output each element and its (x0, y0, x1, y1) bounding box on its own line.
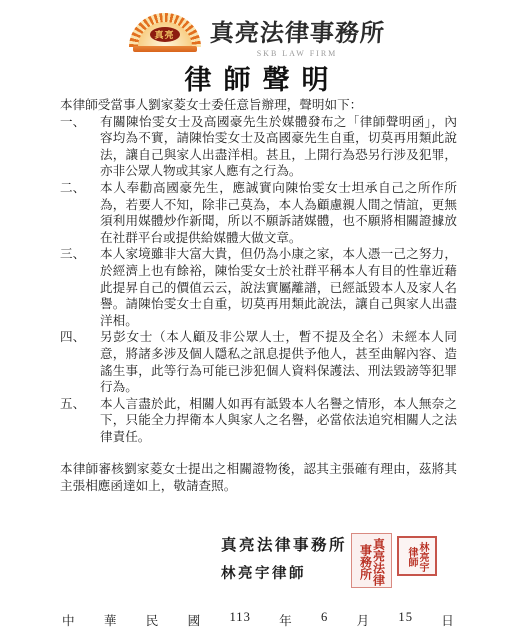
item-number: 五、 (60, 396, 100, 446)
statement-item-5: 五、 本人言盡於此，相關人如再有詆毀本人名譽之情形，本人無奈之下，只能全力捍衛本… (60, 396, 457, 446)
date-char: 國 (188, 610, 202, 629)
firm-seal-stamp: 真亮法律事務所 (351, 533, 392, 588)
date-year-value: 113 (229, 610, 250, 629)
date-char: 月 (357, 610, 371, 629)
item-number: 四、 (60, 329, 100, 395)
signature-block: 真亮法律事務所 林亮宇律師 (221, 533, 347, 583)
statement-item-4: 四、 另彭女士（本人顧及非公眾人士，暫不提及全名）未經本人同意，將諸多涉及個人隱… (60, 329, 457, 395)
item-number: 一、 (60, 114, 100, 180)
lawyer-seal-stamp: 林亮宇律師 (397, 536, 437, 576)
date-char: 年 (279, 610, 293, 629)
letter-page: 真亮 真亮法律事務所 SKB LAW FIRM 律師聲明 本律師受當事人劉家菱女… (0, 0, 513, 640)
logo-center-text: 真亮 (154, 28, 174, 41)
date-month-value: 6 (321, 610, 328, 629)
item-number: 三、 (60, 246, 100, 329)
firm-name-block: 真亮法律事務所 SKB LAW FIRM (210, 13, 385, 58)
date-line: 中 華 民 國 113 年 6 月 15 日 (62, 610, 455, 629)
statement-item-3: 三、 本人家境雖非大富大貴，但仍為小康之家，本人憑一己之努力，於經濟上也有餘裕，… (60, 246, 457, 329)
signature-lawyer-name: 林亮宇律師 (221, 562, 347, 583)
firm-name-zh: 真亮法律事務所 (209, 13, 386, 48)
opening-paragraph: 本律師受當事人劉家菱女士委任意旨辦理，聲明如下： (60, 97, 457, 114)
item-text: 有關陳怡雯女士及高國豪先生於媒體發布之「律師聲明函」，內容均為不實，請陳怡雯女士… (100, 114, 457, 180)
date-char: 中 (62, 610, 76, 629)
item-number: 二、 (60, 180, 100, 246)
logo-oval-badge: 真亮 (150, 27, 180, 42)
item-text: 本人奉勸高國豪先生，應誠實向陳怡雯女士坦承自己之所作所為，若要人不知，除非己莫為… (100, 180, 457, 246)
item-text: 另彭女士（本人顧及非公眾人士，暫不提及全名）未經本人同意，將諸多涉及個人隱私之訊… (100, 329, 457, 395)
item-text: 本人言盡於此，相關人如再有詆毀本人名譽之情形，本人無奈之下，只能全力捍衛本人與家… (100, 396, 457, 446)
signature-firm-name: 真亮法律事務所 (221, 533, 347, 555)
logo-banner-ribbon (133, 46, 197, 52)
date-char: 華 (104, 610, 118, 629)
statement-body: 本律師受當事人劉家菱女士委任意旨辦理，聲明如下： 一、 有關陳怡雯女士及高國豪先… (60, 97, 457, 507)
item-text: 本人家境雖非大富大貴，但仍為小康之家，本人憑一己之努力，於經濟上也有餘裕，陳怡雯… (100, 246, 457, 329)
statement-item-2: 二、 本人奉勸高國豪先生，應誠實向陳怡雯女士坦承自己之所作所為，若要人不知，除非… (60, 180, 457, 246)
date-char: 民 (146, 610, 160, 629)
document-title: 律師聲明 (0, 58, 513, 97)
firm-name-en: SKB LAW FIRM (257, 49, 338, 58)
date-day-value: 15 (398, 610, 413, 629)
closing-paragraph: 本律師審核劉家菱女士提出之相關證物後，認其主張確有理由，茲將其主張相應函達如上，… (60, 461, 457, 494)
firm-logo-sunburst-icon: 真亮 (129, 13, 201, 53)
letterhead: 真亮 真亮法律事務所 SKB LAW FIRM (0, 13, 513, 58)
date-char: 日 (441, 610, 455, 629)
statement-item-1: 一、 有關陳怡雯女士及高國豪先生於媒體發布之「律師聲明函」，內容均為不實，請陳怡… (60, 114, 457, 180)
